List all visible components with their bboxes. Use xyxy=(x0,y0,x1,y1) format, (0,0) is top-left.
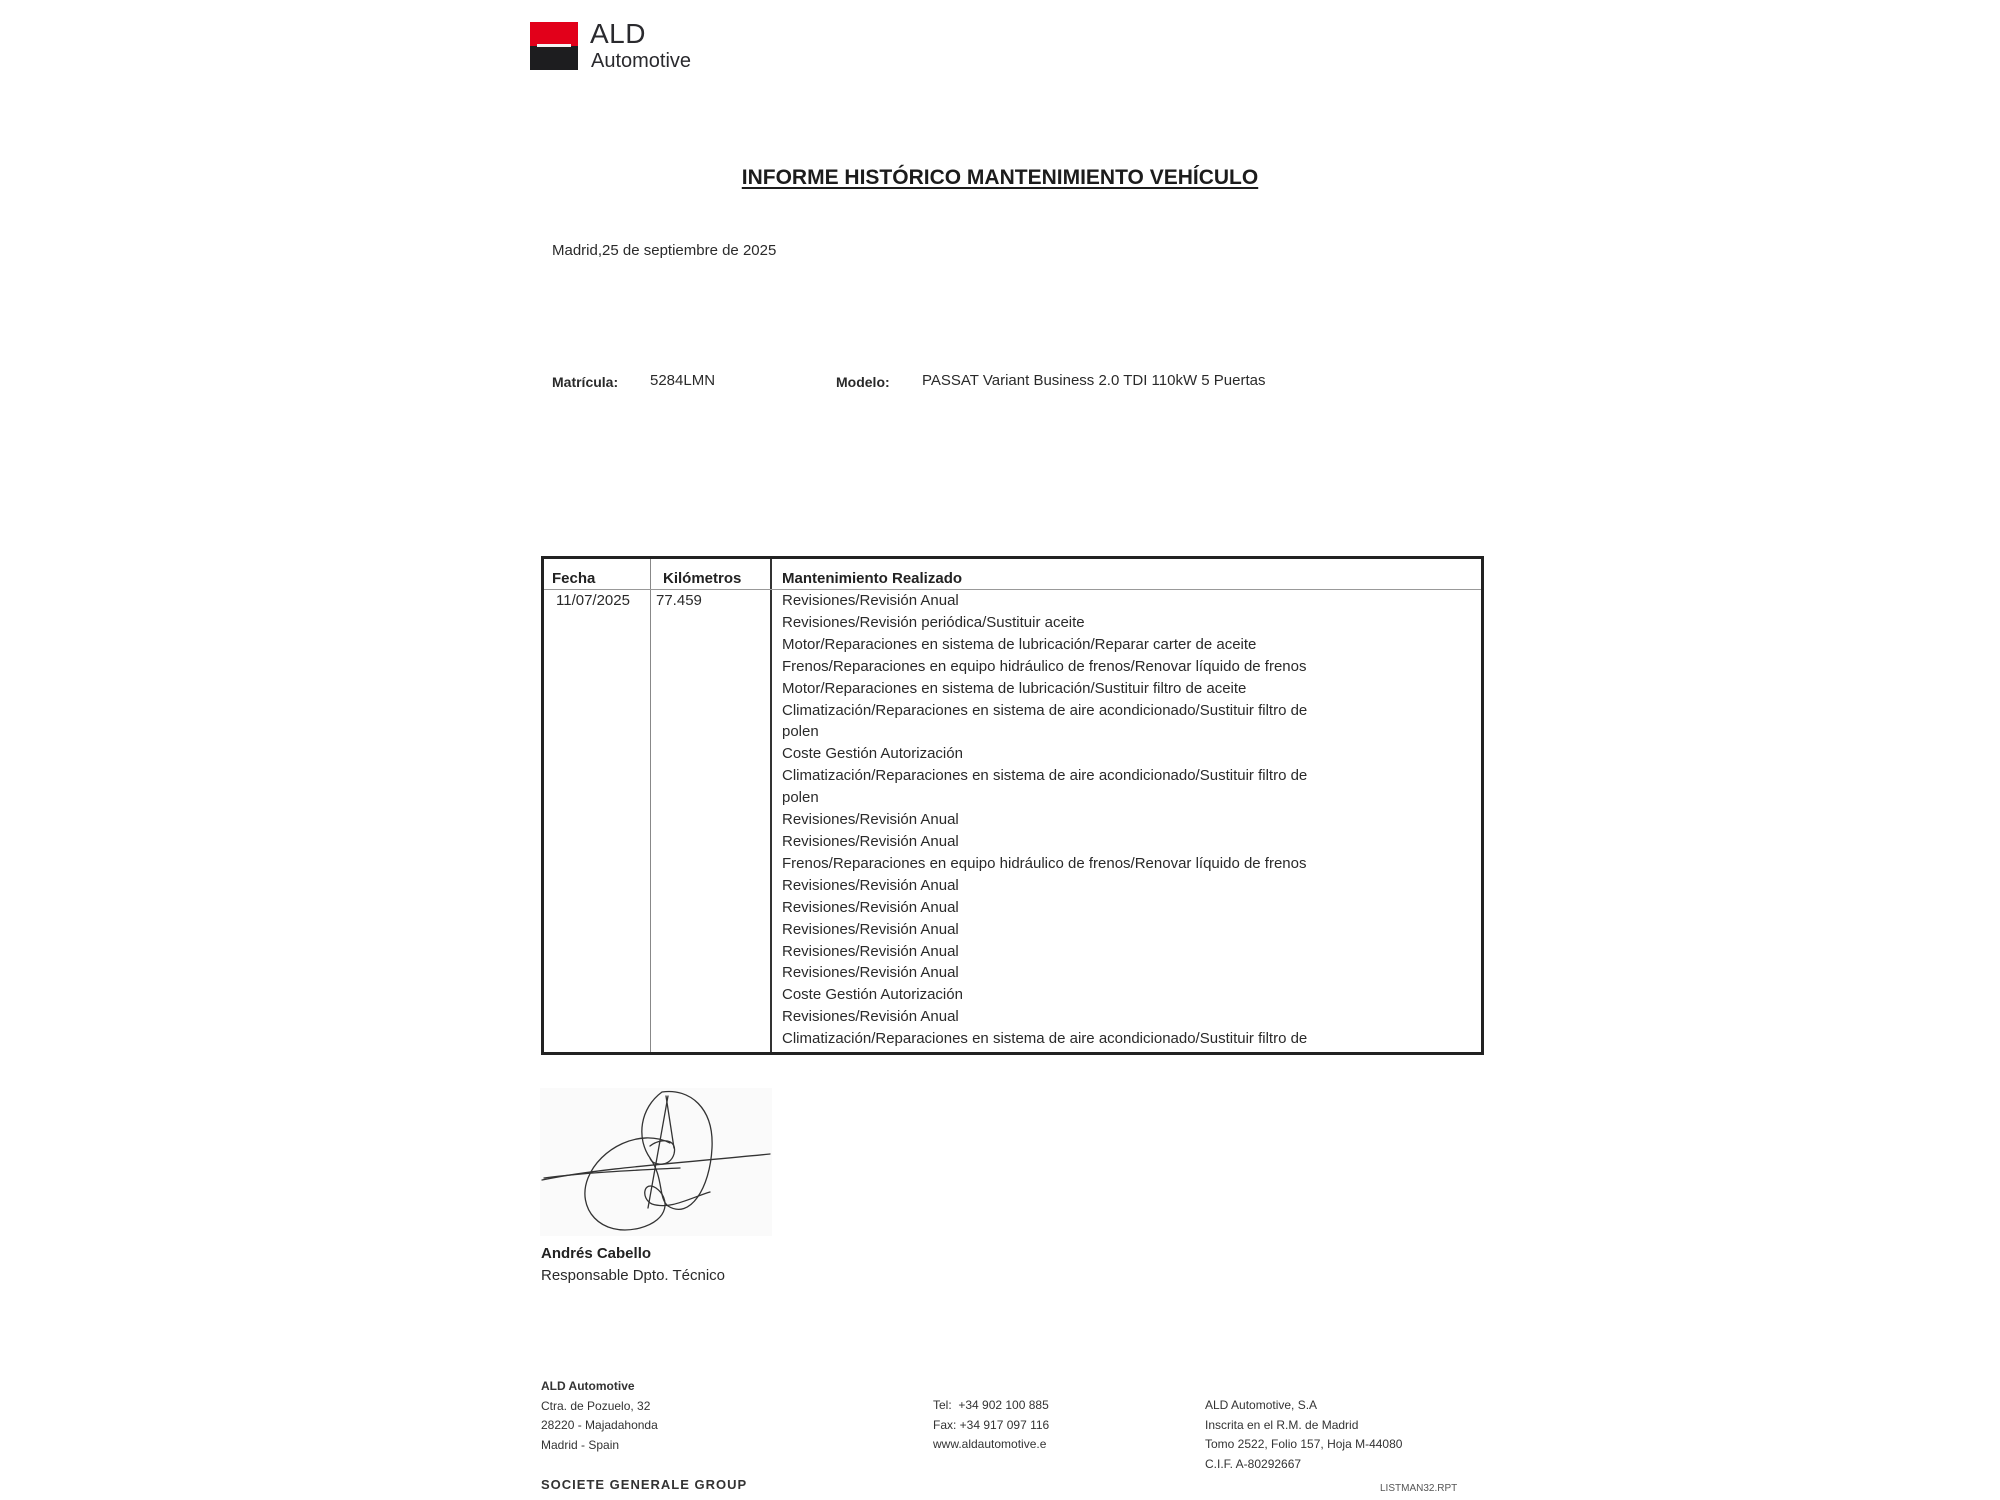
header-maintenance: Mantenimiento Realizado xyxy=(782,570,962,587)
maintenance-item: Revisiones/Revisión periódica/Sustituir … xyxy=(782,612,1307,634)
maintenance-item: Coste Gestión Autorización xyxy=(782,984,1307,1006)
maintenance-list: Revisiones/Revisión AnualRevisiones/Revi… xyxy=(782,590,1307,1050)
column-divider xyxy=(650,559,651,1052)
maintenance-item: polen xyxy=(782,787,1307,809)
footer-website[interactable]: www.aldautomotive.e xyxy=(933,1435,1049,1455)
maintenance-item: Climatización/Reparaciones en sistema de… xyxy=(782,1028,1307,1050)
maintenance-item: Revisiones/Revisión Anual xyxy=(782,897,1307,919)
maintenance-item: Revisiones/Revisión Anual xyxy=(782,919,1307,941)
signer-name: Andrés Cabello xyxy=(541,1245,651,1262)
footer-legal: ALD Automotive, S.A Inscrita en el R.M. … xyxy=(1205,1396,1402,1474)
footer-legal-line: Inscrita en el R.M. de Madrid xyxy=(1205,1416,1402,1436)
maintenance-item: Climatización/Reparaciones en sistema de… xyxy=(782,700,1307,722)
model-label: Modelo: xyxy=(836,374,890,390)
row-date: 11/07/2025 xyxy=(556,592,630,609)
group-tagline: SOCIETE GENERALE GROUP xyxy=(541,1477,747,1492)
document-title: INFORME HISTÓRICO MANTENIMIENTO VEHÍCULO xyxy=(0,166,2000,190)
footer-address-line: 28220 - Majadahonda xyxy=(541,1416,658,1436)
footer-legal-line: ALD Automotive, S.A xyxy=(1205,1396,1402,1416)
model-value: PASSAT Variant Business 2.0 TDI 110kW 5 … xyxy=(922,372,1266,389)
maintenance-item: Motor/Reparaciones en sistema de lubrica… xyxy=(782,678,1307,700)
maintenance-item: Revisiones/Revisión Anual xyxy=(782,590,1307,612)
maintenance-item: Revisiones/Revisión Anual xyxy=(782,1006,1307,1028)
footer-address-line: Madrid - Spain xyxy=(541,1436,658,1456)
footer-phone: Tel: +34 902 100 885 xyxy=(933,1396,1049,1416)
maintenance-item: Coste Gestión Autorización xyxy=(782,743,1307,765)
row-km: 77.459 xyxy=(656,592,702,609)
place-date: Madrid,25 de septiembre de 2025 xyxy=(552,242,776,259)
maintenance-item: Revisiones/Revisión Anual xyxy=(782,962,1307,984)
maintenance-item: polen xyxy=(782,721,1307,743)
maintenance-item: Revisiones/Revisión Anual xyxy=(782,809,1307,831)
handwritten-signature-icon xyxy=(540,1088,772,1236)
footer-fax: Fax: +34 917 097 116 xyxy=(933,1416,1049,1436)
maintenance-item: Frenos/Reparaciones en equipo hidráulico… xyxy=(782,656,1307,678)
maintenance-table: Fecha Kilómetros Mantenimiento Realizado… xyxy=(541,556,1484,1055)
footer-address-line: Ctra. de Pozuelo, 32 xyxy=(541,1397,658,1417)
maintenance-item: Motor/Reparaciones en sistema de lubrica… xyxy=(782,634,1307,656)
maintenance-item: Climatización/Reparaciones en sistema de… xyxy=(782,765,1307,787)
maintenance-item: Frenos/Reparaciones en equipo hidráulico… xyxy=(782,853,1307,875)
signer-role: Responsable Dpto. Técnico xyxy=(541,1267,725,1284)
maintenance-item: Revisiones/Revisión Anual xyxy=(782,831,1307,853)
report-code: LISTMAN32.RPT xyxy=(1380,1483,1457,1494)
header-date: Fecha xyxy=(552,570,595,587)
ald-automotive-logo: ALD Automotive xyxy=(530,20,712,76)
logo-text-ald: ALD xyxy=(590,18,646,50)
maintenance-item: Revisiones/Revisión Anual xyxy=(782,941,1307,963)
footer-address: ALD Automotive Ctra. de Pozuelo, 32 2822… xyxy=(541,1377,658,1455)
footer-company: ALD Automotive xyxy=(541,1377,658,1397)
footer-contact: Tel: +34 902 100 885 Fax: +34 917 097 11… xyxy=(933,1396,1049,1455)
footer-legal-line: C.I.F. A-80292667 xyxy=(1205,1455,1402,1475)
plate-label: Matrícula: xyxy=(552,374,618,390)
logo-text-automotive: Automotive xyxy=(591,50,691,73)
plate-value: 5284LMN xyxy=(650,372,715,389)
header-km: Kilómetros xyxy=(663,570,741,587)
footer-legal-line: Tomo 2522, Folio 157, Hoja M-44080 xyxy=(1205,1435,1402,1455)
maintenance-item: Revisiones/Revisión Anual xyxy=(782,875,1307,897)
ald-logo-icon xyxy=(530,22,578,70)
column-divider xyxy=(770,559,772,1052)
